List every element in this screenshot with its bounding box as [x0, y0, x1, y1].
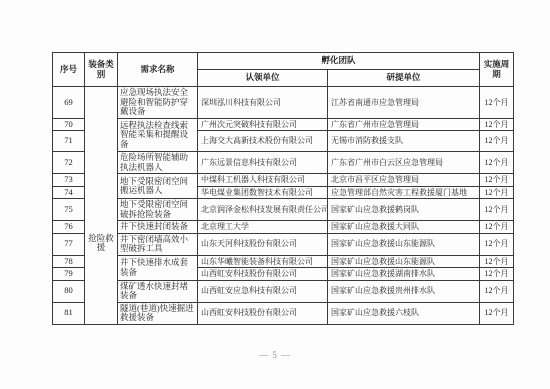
research-unit-cell: 国家矿山应急救援鹤岗队 [328, 199, 480, 221]
claim-unit-cell: 山东天河科技股份有限公司 [198, 233, 328, 255]
header-serial: 序号 [53, 53, 85, 87]
research-unit-cell: 国家矿山应急救援山东能源队 [328, 255, 480, 268]
claim-unit-cell: 广东远景信息科技有限公司 [198, 152, 328, 174]
serial-cell: 71 [53, 131, 85, 152]
period-cell: 12个月 [480, 131, 514, 152]
research-unit-cell: 国家矿山应急救援六枝队 [328, 302, 480, 324]
serial-cell: 75 [53, 199, 85, 221]
category-label: 抢险救援 [87, 234, 115, 253]
table-row-78: 78 井下快速排水成套装备 山东华曦智能装备科技有限公司 国家矿山应急救援山东能… [53, 255, 514, 268]
equipment-demand-table: 序号 装备类别 需求名称 孵化团队 实施周期 认领单位 研提单位 69 抢险救援… [52, 52, 514, 325]
claim-unit-cell: 华电煤业集团数智技术有限公司 [198, 186, 328, 199]
header-row-1: 序号 装备类别 需求名称 孵化团队 实施周期 [53, 53, 514, 70]
claim-unit-cell: 上海交大高新技术股份有限公司 [198, 131, 328, 152]
serial-cell: 69 [53, 87, 85, 119]
demand-cell: 地下受限密闭空间破拆抢险装备 [118, 199, 198, 221]
period-cell: 12个月 [480, 186, 514, 199]
period-cell: 12个月 [480, 221, 514, 234]
period-cell: 12个月 [480, 255, 514, 268]
serial-cell: 78 [53, 255, 85, 268]
table-row-73: 73 地下受限密闭空间搬运机器人 中煤科工机器人科技有限公司 北京市昌平区应急管… [53, 174, 514, 187]
period-cell: 12个月 [480, 87, 514, 119]
serial-cell: 77 [53, 233, 85, 255]
serial-cell: 73 [53, 174, 85, 187]
period-cell: 12个月 [480, 118, 514, 131]
serial-cell: 79 [53, 268, 85, 281]
research-unit-cell: 无锡市消防救援支队 [328, 131, 480, 152]
demand-cell: 远程执法检查线索智能采集和提醒设备 [118, 118, 198, 152]
table-row-81: 81 隧道(巷道)快速掘进救援装备 山西虹安科技股份有限公司 国家矿山应急救援六… [53, 302, 514, 324]
claim-unit-cell: 北京理工大学 [198, 221, 328, 234]
period-cell: 12个月 [480, 280, 514, 302]
claim-unit-cell: 山西虹安应急科技有限公司 [198, 280, 328, 302]
demand-cell: 隧道(巷道)快速掘进救援装备 [118, 302, 198, 324]
research-unit-cell: 国家矿山应急救援贵州排水队 [328, 280, 480, 302]
research-unit-cell: 北京市昌平区应急管理局 [328, 174, 480, 187]
header-demand: 需求名称 [118, 53, 198, 87]
demand-cell: 地下受限密闭空间搬运机器人 [118, 174, 198, 199]
period-cell: 12个月 [480, 302, 514, 324]
demand-cell: 井下快速排水成套装备 [118, 255, 198, 280]
research-unit-cell: 国家矿山应急救援大同队 [328, 221, 480, 234]
header-research-unit: 研提单位 [328, 70, 480, 87]
claim-unit-cell: 中煤科工机器人科技有限公司 [198, 174, 328, 187]
research-unit-cell: 应急管理部自然灾害工程救援厦门基地 [328, 186, 480, 199]
serial-cell: 81 [53, 302, 85, 324]
header-period: 实施周期 [480, 53, 514, 87]
claim-unit-cell: 山西虹安科技股份有限公司 [198, 268, 328, 281]
page-number: — 5 — [0, 350, 550, 360]
claim-unit-cell: 广州次元突破科技有限公司 [198, 118, 328, 131]
serial-cell: 80 [53, 280, 85, 302]
table-row-69: 69 抢险救援 应急现场执法安全避险和智能防护穿戴设备 深圳泓川科技有限公司 江… [53, 87, 514, 119]
header-team: 孵化团队 [198, 53, 480, 70]
header-category: 装备类别 [85, 53, 118, 87]
claim-unit-cell: 山西虹安科技股份有限公司 [198, 302, 328, 324]
period-cell: 12个月 [480, 199, 514, 221]
period-cell: 12个月 [480, 174, 514, 187]
header-claim-unit: 认领单位 [198, 70, 328, 87]
period-cell: 12个月 [480, 268, 514, 281]
research-unit-cell: 国家矿山应急救援湖南排水队 [328, 268, 480, 281]
table-row-76: 76 井下快速封闭装备 北京理工大学 国家矿山应急救援大同队 12个月 [53, 221, 514, 234]
research-unit-cell: 江苏省南通市应急管理局 [328, 87, 480, 119]
demand-cell: 应急现场执法安全避险和智能防护穿戴设备 [118, 87, 198, 119]
research-unit-cell: 国家矿山应急救援山东能源队 [328, 233, 480, 255]
table-row-80: 80 煤矿透水快速封堵装备 山西虹安应急科技有限公司 国家矿山应急救援贵州排水队… [53, 280, 514, 302]
serial-cell: 76 [53, 221, 85, 234]
claim-unit-cell: 山东华曦智能装备科技有限公司 [198, 255, 328, 268]
table-row-70: 70 远程执法检查线索智能采集和提醒设备 广州次元突破科技有限公司 广东省广州市… [53, 118, 514, 131]
table-row-72: 72 危险场所智能辅助执法机器人 广东远景信息科技有限公司 广东省广州市白云区应… [53, 152, 514, 174]
demand-cell: 井下密闭墙高效小型破拆工具 [118, 233, 198, 255]
demand-cell: 煤矿透水快速封堵装备 [118, 280, 198, 302]
period-cell: 12个月 [480, 233, 514, 255]
category-cell: 抢险救援 [85, 87, 118, 325]
research-unit-cell: 广东省广州市应急管理局 [328, 118, 480, 131]
research-unit-cell: 广东省广州市白云区应急管理局 [328, 152, 480, 174]
claim-unit-cell: 深圳泓川科技有限公司 [198, 87, 328, 119]
table-row-75: 75 地下受限密闭空间破拆抢险装备 北京润泽金松科技发展有限责任公司 国家矿山应… [53, 199, 514, 221]
serial-cell: 72 [53, 152, 85, 174]
period-cell: 12个月 [480, 152, 514, 174]
claim-unit-cell: 北京润泽金松科技发展有限责任公司 [198, 199, 328, 221]
serial-cell: 70 [53, 118, 85, 131]
demand-cell: 井下快速封闭装备 [118, 221, 198, 234]
demand-cell: 危险场所智能辅助执法机器人 [118, 152, 198, 174]
table-row-77: 77 井下密闭墙高效小型破拆工具 山东天河科技股份有限公司 国家矿山应急救援山东… [53, 233, 514, 255]
serial-cell: 74 [53, 186, 85, 199]
